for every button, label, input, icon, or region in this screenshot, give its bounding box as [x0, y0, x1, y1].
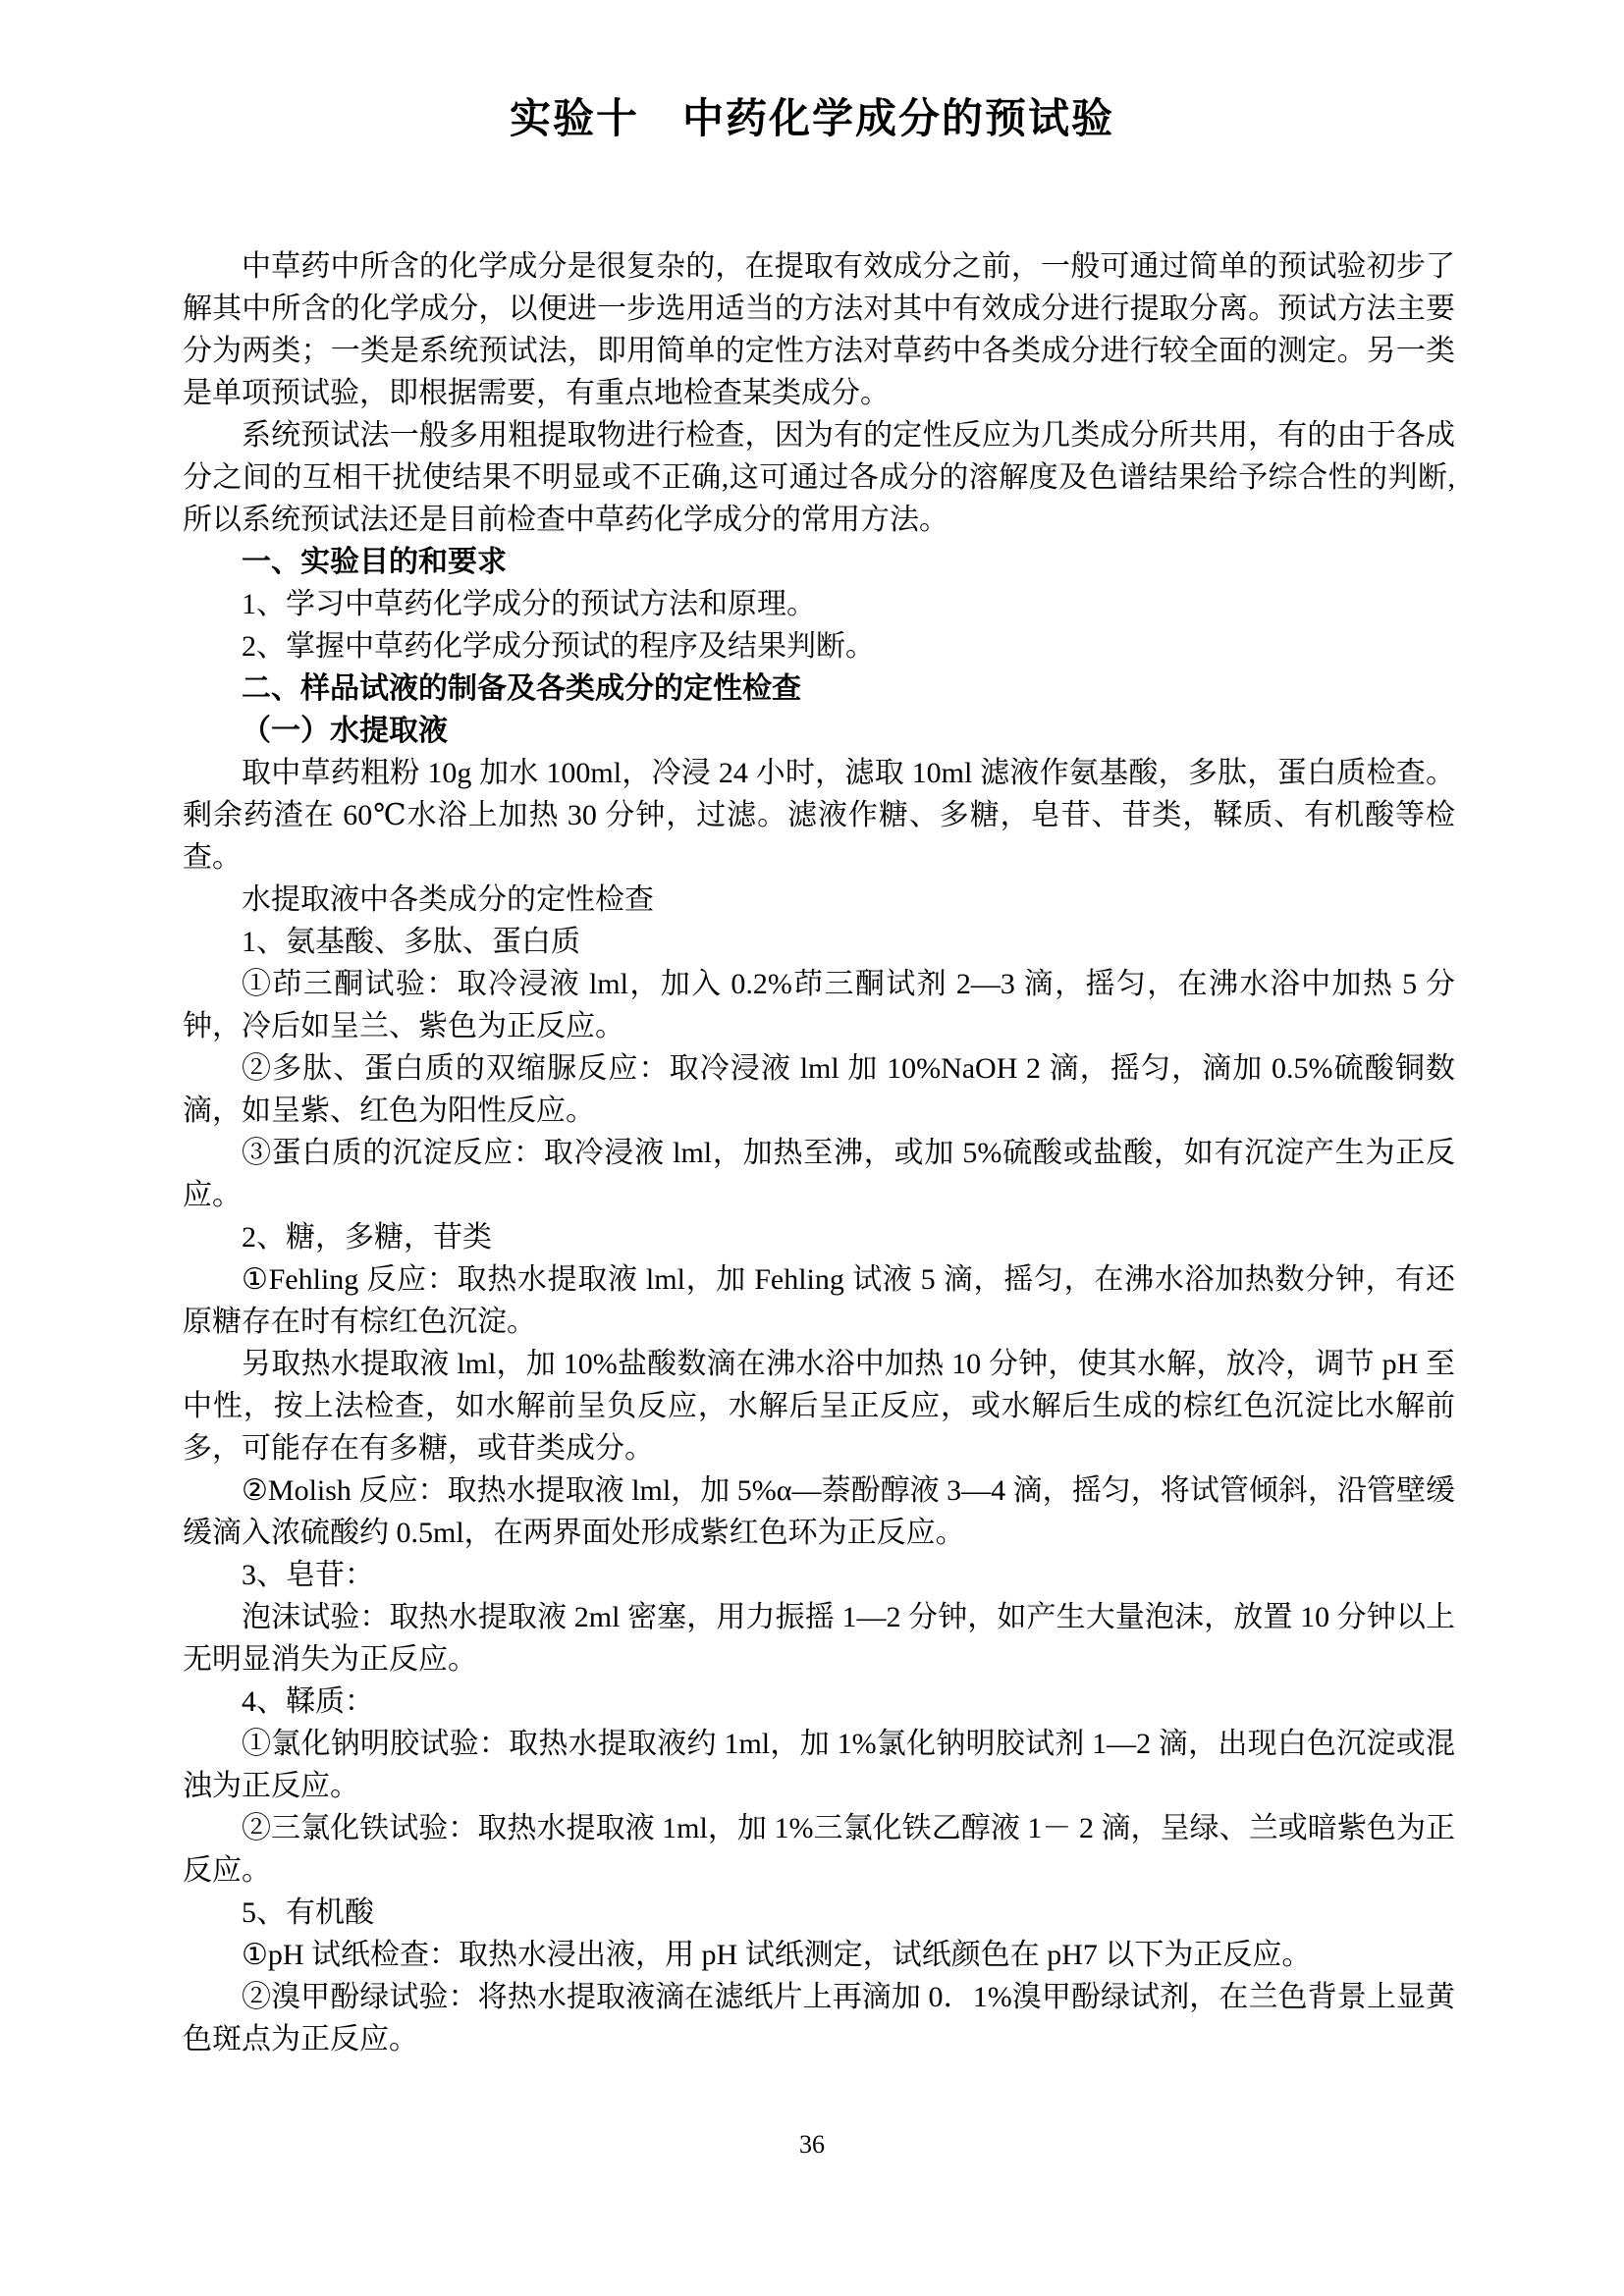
body-paragraph: 2、掌握中草药化学成分预试的程序及结果判断。	[183, 625, 1455, 667]
page-title: 实验十 中药化学成分的预试验	[0, 86, 1624, 145]
body-paragraph: 3、皂苷：	[183, 1554, 1455, 1596]
body-paragraph: 1、氨基酸、多肽、蛋白质	[183, 921, 1455, 963]
page-number: 36	[0, 2130, 1624, 2160]
body-paragraph: 系统预试法一般多用粗提取物进行检查，因为有的定性反应为几类成分所共用，有的由于各…	[183, 414, 1455, 541]
document-body: 中草药中所含的化学成分是很复杂的，在提取有效成分之前，一般可通过简单的预试验初步…	[183, 245, 1455, 2060]
section-heading: 一、实验目的和要求	[183, 541, 1455, 583]
body-paragraph: 另取热水提取液 lml，加 10%盐酸数滴在沸水浴中加热 10 分钟，使其水解，…	[183, 1343, 1455, 1469]
body-paragraph: ①氯化钠明胶试验：取热水提取液约 1ml，加 1%氯化钠明胶试剂 1—2 滴，出…	[183, 1723, 1455, 1807]
body-paragraph: 4、鞣质：	[183, 1681, 1455, 1723]
section-heading: 二、样品试液的制备及各类成分的定性检查	[183, 667, 1455, 710]
body-paragraph: 1、学习中草药化学成分的预试方法和原理。	[183, 583, 1455, 625]
body-paragraph: ②溴甲酚绿试验：将热水提取液滴在滤纸片上再滴加 0．1%溴甲酚绿试剂，在兰色背景…	[183, 1976, 1455, 2060]
body-paragraph: ②Molish 反应：取热水提取液 lml，加 5%α—萘酚醇液 3—4 滴，摇…	[183, 1469, 1455, 1554]
body-paragraph: 取中草药粗粉 10g 加水 100ml，冷浸 24 小时，滤取 10ml 滤液作…	[183, 752, 1455, 879]
body-paragraph: 2、糖，多糖，苷类	[183, 1216, 1455, 1258]
body-paragraph: ①茚三酮试验：取冷浸液 lml，加入 0.2%茚三酮试剂 2—3 滴，摇匀，在沸…	[183, 963, 1455, 1047]
document-page: 实验十 中药化学成分的预试验 中草药中所含的化学成分是很复杂的，在提取有效成分之…	[0, 0, 1624, 2296]
body-paragraph: 5、有机酸	[183, 1892, 1455, 1934]
body-paragraph: 泡沫试验：取热水提取液 2ml 密塞，用力振摇 1—2 分钟，如产生大量泡沫，放…	[183, 1596, 1455, 1681]
body-paragraph: ①Fehling 反应：取热水提取液 lml，加 Fehling 试液 5 滴，…	[183, 1258, 1455, 1343]
section-heading: （一）水提取液	[183, 710, 1455, 752]
body-paragraph: 中草药中所含的化学成分是很复杂的，在提取有效成分之前，一般可通过简单的预试验初步…	[183, 245, 1455, 414]
body-paragraph: 水提取液中各类成分的定性检查	[183, 879, 1455, 921]
body-paragraph: ②多肽、蛋白质的双缩脲反应：取冷浸液 lml 加 10%NaOH 2 滴，摇匀，…	[183, 1047, 1455, 1132]
body-paragraph: ③蛋白质的沉淀反应：取冷浸液 lml，加热至沸，或加 5%硫酸或盐酸，如有沉淀产…	[183, 1132, 1455, 1216]
body-paragraph: ①pH 试纸检查：取热水浸出液，用 pH 试纸测定，试纸颜色在 pH7 以下为正…	[183, 1934, 1455, 1976]
body-paragraph: ②三氯化铁试验：取热水提取液 1ml，加 1%三氯化铁乙醇液 1－ 2 滴，呈绿…	[183, 1807, 1455, 1892]
